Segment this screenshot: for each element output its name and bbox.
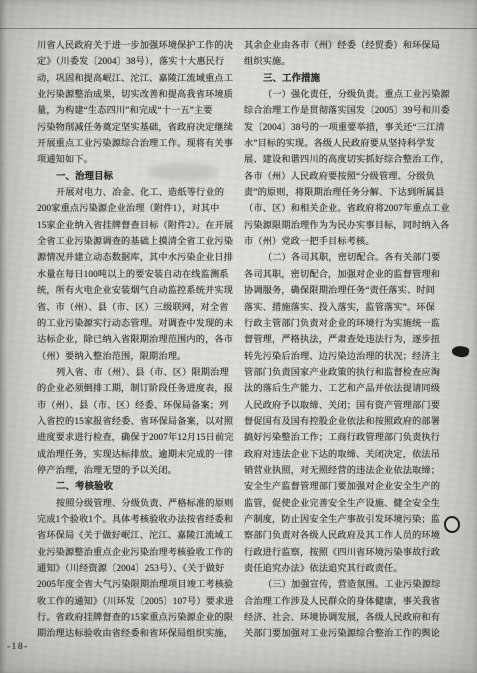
text-line: 人民政府予以取缔、关闭；国有资产管理部门要 — [244, 397, 456, 413]
text-line: 完成1个验收1个。具体考核验收办法按省经委和 — [37, 511, 242, 527]
text-line: 责”的原则，将限期治理任务分解、下达到所属县 — [244, 184, 456, 200]
text-line: 定》（川委发〔2004〕38号），落实十大惠民行 — [37, 53, 242, 69]
text-line: 行政进行监察，按照《四川省环境污染事故行政 — [244, 544, 456, 560]
text-line: 察部门负责对各级人民政府及其工作人员的环境 — [244, 527, 456, 543]
text-line: 其余企业由各市（州）经委（经贸委）和环保局 — [244, 37, 456, 53]
text-line: 期治理达标验收由省经委和省环保局组织实施， — [37, 625, 242, 641]
text-line: 搞好污染整治工作；工商行政管理部门负责执行 — [244, 429, 456, 445]
text-line: 政府对违法企业下达的取缔、关闭决定，依法吊 — [244, 446, 456, 462]
header-rule — [0, 28, 477, 29]
text-line: 展、建设和谐四川的高度切实抓好综合整治工作， — [244, 151, 456, 167]
text-line: 统，所有火电企业安装烟气自动监控系统并实现 — [37, 282, 242, 298]
text-line: 2005年度全省大气污染限期治理项目竣工考核验 — [37, 576, 242, 592]
text-line: 协调服务，确保限期治理任务“责任落实、时间 — [244, 282, 456, 298]
text-line: 行。省政府挂牌督查的15家重点污染源企业的限 — [37, 609, 242, 625]
text-line: 督促国有及国有控股企业依法和按照政府的部署 — [244, 413, 456, 429]
text-line: 列入省、市（州）、县（市、区）限期治理 — [37, 364, 242, 380]
text-line: 的企业必须倒排工期，制订阶段任务进度表，报 — [37, 380, 242, 396]
text-line: 污染物削减任务奠定坚实基础，省政府决定继续 — [37, 119, 242, 135]
text-line: 关部门要加强对工业污染源综合整治工作的舆论 — [244, 625, 456, 641]
text-line: 达标企业，除已纳入省限期治理范围内的，各市 — [37, 331, 242, 347]
text-line: 动，巩固和提高岷江、沱江、嘉陵江流域重点工 — [37, 70, 242, 86]
text-line: 200家重点污染源企业治理（附件1），对其中 — [37, 200, 242, 216]
text-line: 入省控的15家报省经委、省环保局备案，以对照 — [37, 413, 242, 429]
text-line: 督管理，严格执法，严肃查处违法行为，逐步扭 — [244, 331, 456, 347]
text-line: 综合治理工作是贯彻落实国发〔2005〕39号和川委 — [244, 102, 456, 118]
scanned-document-page: 川省人民政府关于进一步加强环境保护工作的决定》（川委发〔2004〕38号），落实… — [0, 0, 477, 673]
text-line: 按照分级管理、分级负责、严格标准的原则 — [37, 495, 242, 511]
text-line: 发〔2004〕38号的一项重要举措，事关还“三江清 — [244, 119, 456, 135]
text-line: 责任追究办法》依法追究其行政责任。 — [244, 560, 456, 576]
text-line: 各市（州）人民政府要按照“分级管理、分级负 — [244, 168, 456, 184]
text-line: （三）加强宣传，营造氛围。工业污染源综 — [244, 576, 456, 592]
text-line: 水”目标的实现。各级人民政府要从坚持科学发 — [244, 135, 456, 151]
text-column-left: 川省人民政府关于进一步加强环境保护工作的决定》（川委发〔2004〕38号），落实… — [37, 37, 242, 642]
page-number: -18- — [7, 642, 29, 652]
text-line: 监管，促使企业完善安全生产设施、健全安全生 — [244, 495, 456, 511]
text-line: 经济、社会、环境协调发展，各级人民政府和有 — [244, 609, 456, 625]
text-line: 的工业污染源实行动态管理。对调查中发现的未 — [37, 315, 242, 331]
text-column-right: 其余企业由各市（州）经委（经贸委）和环保局组织实施。三、工作措施（一）强化责任，… — [244, 37, 456, 642]
text-line: 组织实施。 — [244, 53, 456, 69]
text-line: 汰的落后生产能力、工艺和产品并依法提请同级 — [244, 380, 456, 396]
text-line: 省环保局《关于做好岷江、沱江、嘉陵江流域工 — [37, 527, 242, 543]
text-line: 省、市（州）、县（市、区）三级联网，对全省 — [37, 299, 242, 315]
scan-edge-shadow — [0, 0, 7, 673]
text-line: （二）各司其职，密切配合。各有关部门要 — [244, 249, 456, 265]
text-line: 开展重点工业污染源综合治理工作。现将有关事 — [37, 135, 242, 151]
text-line: 通知》（川经资源〔2004〕253号）、《关于做好 — [37, 560, 242, 576]
text-line: 销营业执照，对无照经营的违法企业依法取缔； — [244, 462, 456, 478]
text-line: （一）强化责任，分级负责。重点工业污染源 — [244, 86, 456, 102]
text-line: 量，为构建“生态四川”和完成“十一五”主要 — [37, 102, 242, 118]
text-line: 管部门负责国家产业政策的执行和监督检查应淘 — [244, 364, 456, 380]
text-line: 行政主管部门负责对企业的环境行为实施统一监 — [244, 315, 456, 331]
text-line: 水量在每日100吨以上的要安装自动在线监测系 — [37, 266, 242, 282]
text-line: 业污染源整治成果，切实改善和提高我省环境质 — [37, 86, 242, 102]
text-line: 收工作的通知》（川环发〔2005〕107号）要求进 — [37, 593, 242, 609]
text-line: 产制度，防止因安全生产事故引发环境污染；监 — [244, 511, 456, 527]
text-line: 业污染源整治重点企业污染治理考核验收工作的 — [37, 544, 242, 560]
text-line: 项通知如下。 — [37, 151, 242, 167]
text-line: 一、治理目标 — [37, 168, 242, 184]
text-line: 合治理工作涉及人民群众的身体健康，事关我省 — [244, 593, 456, 609]
text-line: 川省人民政府关于进一步加强环境保护工作的决 — [37, 37, 242, 53]
text-line: 进度要求进行检查，确保于2007年12月15日前完 — [37, 429, 242, 445]
text-line: 源情况并建立动态数据库，其中水污染企业日排 — [37, 249, 242, 265]
text-line: 三、工作措施 — [244, 70, 456, 86]
text-line: 安全生产监督管理部门要加强对企业安全生产的 — [244, 478, 456, 494]
text-line: 成治理任务，实现达标排放。逾期未完成的一律 — [37, 446, 242, 462]
text-line: 开展对电力、冶金、化工、造纸等行业的 — [37, 184, 242, 200]
text-line: 各司其职，密切配合，加强对企业的监督管理和 — [244, 266, 456, 282]
text-line: 二、考核验收 — [37, 478, 242, 494]
text-line: 污染源限期治理作为为民办实事目标，同时纳入各 — [244, 217, 456, 233]
text-line: 市（州）、县（市、区）经委、环保局备案；列 — [37, 397, 242, 413]
text-line: 市（州）党政一把手目标考核。 — [244, 233, 456, 249]
text-line: 转先污染后治理、边污染边治理的状况；经济主 — [244, 348, 456, 364]
text-line: 15家企业纳入省挂牌督查目标（附件2）。在开展 — [37, 217, 242, 233]
text-line: （市、区）和相关企业。省政府将2007年重点工业 — [244, 200, 456, 216]
text-line: 落实、措施落实、投入落实，监管落实”。环保 — [244, 299, 456, 315]
text-line: （州）要纳入整治范围，限期治理。 — [37, 348, 242, 364]
text-line: 停产治理，治理无望的予以关闭。 — [37, 462, 242, 478]
text-line: 全省工业污染源调查的基础上摸清全省工业污染 — [37, 233, 242, 249]
